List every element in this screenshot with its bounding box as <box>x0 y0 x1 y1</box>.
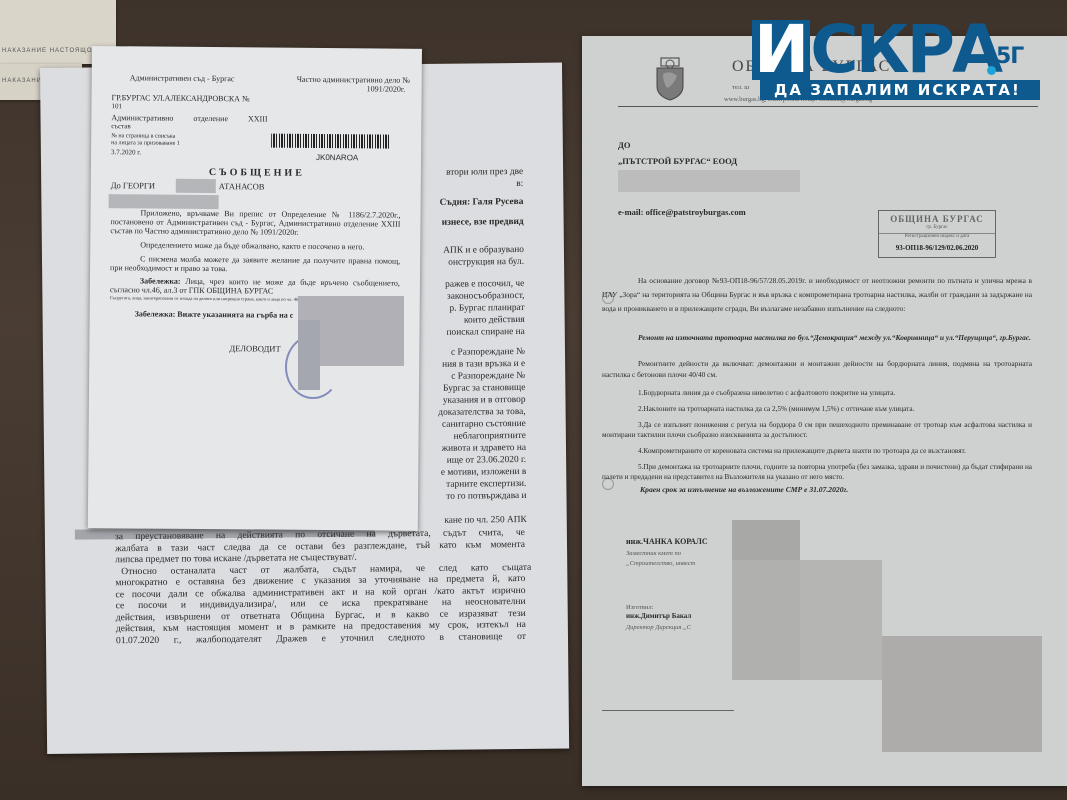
court-address: ГР.БУРГАС УЛ.АЛЕКСАНДРОВСКА № <box>112 92 250 104</box>
ruling-line: кане по чл. 250 АПК <box>444 515 527 527</box>
ruling-line: р. Бургас планират <box>449 303 524 315</box>
redaction-box <box>800 560 882 680</box>
barcode <box>271 134 389 149</box>
notice-title: СЪОБЩЕНИЕ <box>209 167 305 179</box>
clerk-label: ДЕЛОВОДИТ <box>229 343 280 354</box>
ruling-line: поискал спиране на <box>446 327 524 339</box>
letter-task: Ремонт на източната тротоарна настилка п… <box>602 332 1032 343</box>
note2-label: Забележка: <box>135 309 176 318</box>
notice-paragraph-3: С писмена молба можете да заявите желани… <box>110 254 400 275</box>
ruling-line: санитарно състояние <box>442 419 526 431</box>
ruling-line: с Разпореждане № <box>451 371 525 383</box>
court-address-number: 101 <box>111 101 122 112</box>
court-notice-page: Административен съд - Бургас Частно адми… <box>88 46 422 531</box>
ruling-line: ражев е посочил, че <box>445 279 524 291</box>
letter-deadline: Краен срок за изпълнение на възложените … <box>640 484 848 495</box>
letterhead-phone: тел. ш <box>732 82 749 93</box>
requirement-item: 2.Наклоните на тротоарната настилка да с… <box>602 404 1032 414</box>
redaction-box <box>109 194 219 209</box>
redaction-box <box>176 179 216 193</box>
department: Административно отделение XXIII <box>111 112 267 124</box>
logo-letters: СКРА <box>810 11 1000 88</box>
ruling-line: Бургас за становище <box>443 383 525 395</box>
redaction-box <box>732 560 800 680</box>
requirement-item: 3.Да се изпълнят понижения с регула на б… <box>602 420 1032 440</box>
ruling-line: тарните експертизи. <box>446 479 526 491</box>
ruling-line: указания и в отговор <box>443 395 526 407</box>
background-stamp-text: НАКАЗАНИЕ НАСТОЯЩО <box>2 48 93 54</box>
barcode-text: JK0NAROA <box>316 152 358 163</box>
court-name: Административен съд - Бургас <box>130 72 235 84</box>
notice-date: 3.7.2020 г. <box>111 147 141 158</box>
ruling-line: изнесе, взе предвид <box>442 217 524 229</box>
letterhead-divider <box>618 106 1038 107</box>
ruling-line: които действия <box>464 315 525 327</box>
recipient-first-name: До ГЕОРГИ <box>111 180 155 191</box>
coat-of-arms-icon <box>653 56 687 102</box>
footer-divider <box>602 710 734 711</box>
ruling-line: в: <box>516 179 523 190</box>
preparer-title: Директор Дирекция „С <box>626 622 691 633</box>
letter-scope: Ремонтните дейности да включват: демонта… <box>602 358 1032 380</box>
case-number: 1091/2020г. <box>367 83 406 94</box>
iskra-logo: ИСКРА 5Г ДА ЗАПАЛИМ ИСКРАТА! <box>752 20 1042 100</box>
signer-name: инж.ЧАНКА КОРАЛС <box>626 536 708 547</box>
ruling-line: ище от 23.06.2020 г. <box>447 455 527 467</box>
signer-title-2: „Строителство, инвест <box>626 558 695 569</box>
letter-intro: На основание договор №93-ОП18-96/57/28.0… <box>602 274 1032 316</box>
stamp-number: 93-ОП18-96/129/02.06.2020 <box>879 244 995 252</box>
ruling-line: ния в тази връзка и е <box>442 359 525 371</box>
note-label: Забележка: <box>140 276 181 285</box>
addressee-company: „ПЪТСТРОЙ БУРГАС“ ЕООД <box>618 156 737 167</box>
stamp-sub: гр. Бургас <box>879 225 995 230</box>
logo-suffix: 5Г <box>996 44 1023 69</box>
ruling-line: неблагоприятните <box>454 431 526 443</box>
redaction-box <box>732 520 800 560</box>
ruling-line: втори юли през две <box>446 167 523 179</box>
ruling-line: Съдия: Галя Русева <box>440 197 524 209</box>
requirement-item: 4.Компрометираните от кореновата система… <box>602 446 1032 456</box>
logo-tagline: ДА ЗАПАЛИМ ИСКРАТА! <box>760 80 1040 100</box>
municipality-letter-page: ОБЩИНА БУРГАС тел. ш www.burgas.bg, елек… <box>582 36 1067 786</box>
notice-paragraph-2: Определението може да бъде обжалвано, ка… <box>110 240 400 252</box>
registration-stamp: ОБЩИНА БУРГАС гр. Бургас Регистрационен … <box>878 210 996 258</box>
logo-dot-icon <box>987 66 996 75</box>
notice-note: Забележка: Лица, чрез които не може да б… <box>110 276 400 297</box>
ruling-line: онструкция на бул. <box>448 257 524 269</box>
requirement-item: 1.Бордюрната линия да е съобразена нивел… <box>602 388 1032 398</box>
ruling-line: е мотиви, изложени в <box>441 467 527 479</box>
addressee-email: e-mail: office@patstroyburgas.com <box>618 207 746 218</box>
ruling-line: то го потвърждава и <box>446 491 526 503</box>
recipient-surname: АТАНАСОВ <box>219 181 265 192</box>
requirement-item: 5.При демонтажа на тротоарните плочи, го… <box>602 462 1032 482</box>
ruling-line: доказателства за това, <box>438 407 525 419</box>
logo-wordmark: ИСКРА <box>752 20 1000 80</box>
ruling-line: законосъобразност, <box>447 291 525 303</box>
fine-print: Съпругата, лица, заинтересовани от изход… <box>110 295 324 302</box>
addressee-to: ДО <box>618 140 630 151</box>
note2-text: Вижте указанията на гърба на с <box>177 310 293 320</box>
ruling-line: АПК и е образувано <box>443 245 524 257</box>
department-2: състав <box>111 121 130 132</box>
redaction-box <box>618 170 800 192</box>
redaction-box <box>882 636 1042 752</box>
logo-letter-i: И <box>752 20 810 80</box>
preparer-name: инж.Димитър Бакал <box>626 611 691 622</box>
stamp-title: ОБЩИНА БУРГАС <box>879 214 995 224</box>
stamp-reg-label: Регистрационен индекс и дата <box>879 233 995 239</box>
ruling-line: живота и здравето на <box>442 443 526 455</box>
redaction-box <box>298 320 320 390</box>
notice-paragraph-1: Приложено, връчваме Ви препис от Определ… <box>110 208 400 238</box>
notice-note-2: Забележка: Вижте указанията на гърба на … <box>135 308 294 320</box>
ruling-line: с Разпореждане № <box>451 347 525 359</box>
